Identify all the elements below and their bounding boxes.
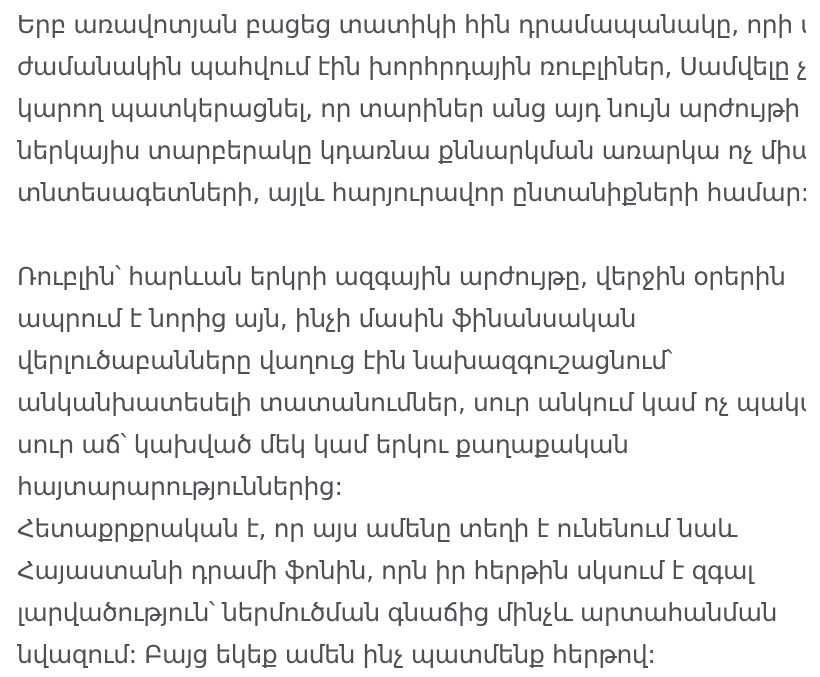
text-line: ապրում է նորից այն, ինչի մասին ֆինանսակա… <box>17 298 806 340</box>
text-line: վերլուծաբանները վաղուց էին նախազգուշացնո… <box>17 340 806 382</box>
text-line: Հայաստանի դրամի ֆոնին, որն իր հերթին սկս… <box>17 550 806 592</box>
text-line: հայտարարություններից: <box>17 466 806 508</box>
text-line: Ռուբլին՝ հարևան երկրի ազգային արժույթը, … <box>17 256 806 298</box>
text-line: սուր աճ՝ կախված մեկ կամ երկու քաղաքական <box>17 424 806 466</box>
paragraph-2: Ռուբլին՝ հարևան երկրի ազգային արժույթը, … <box>17 256 806 508</box>
text-line: ժամանակին պահվում էին խորհրդային ռուբլին… <box>17 46 806 88</box>
paragraph-3: Հետաքրքրական է, որ այս ամենը տեղի է ունե… <box>17 508 806 676</box>
article-text: Երբ առավոտյան բացեց տատիկի հին դրամապանա… <box>0 0 820 676</box>
text-line: կարող պատկերացնել, որ տարիներ անց այդ նո… <box>17 88 806 130</box>
text-line: նվազում: Բայց եկեք ամեն ինչ պատմենք հերթ… <box>17 634 806 676</box>
text-line: Հետաքրքրական է, որ այս ամենը տեղի է ունե… <box>17 508 806 550</box>
text-line: Երբ առավոտյան բացեց տատիկի հին դրամապանա… <box>17 4 806 46</box>
text-line: տնտեսագետների, այլև հարյուրավոր ընտանիքն… <box>17 172 806 214</box>
text-line: լարվածություն՝ ներմուծման գնաճից մինչև ա… <box>17 592 806 634</box>
text-line: ներկայիս տարբերակը կդառնա քննարկման առար… <box>17 130 806 172</box>
text-line: անկանխատեսելի տատանումներ, սուր անկում կ… <box>17 382 806 424</box>
paragraph-1: Երբ առավոտյան բացեց տատիկի հին դրամապանա… <box>17 4 806 214</box>
